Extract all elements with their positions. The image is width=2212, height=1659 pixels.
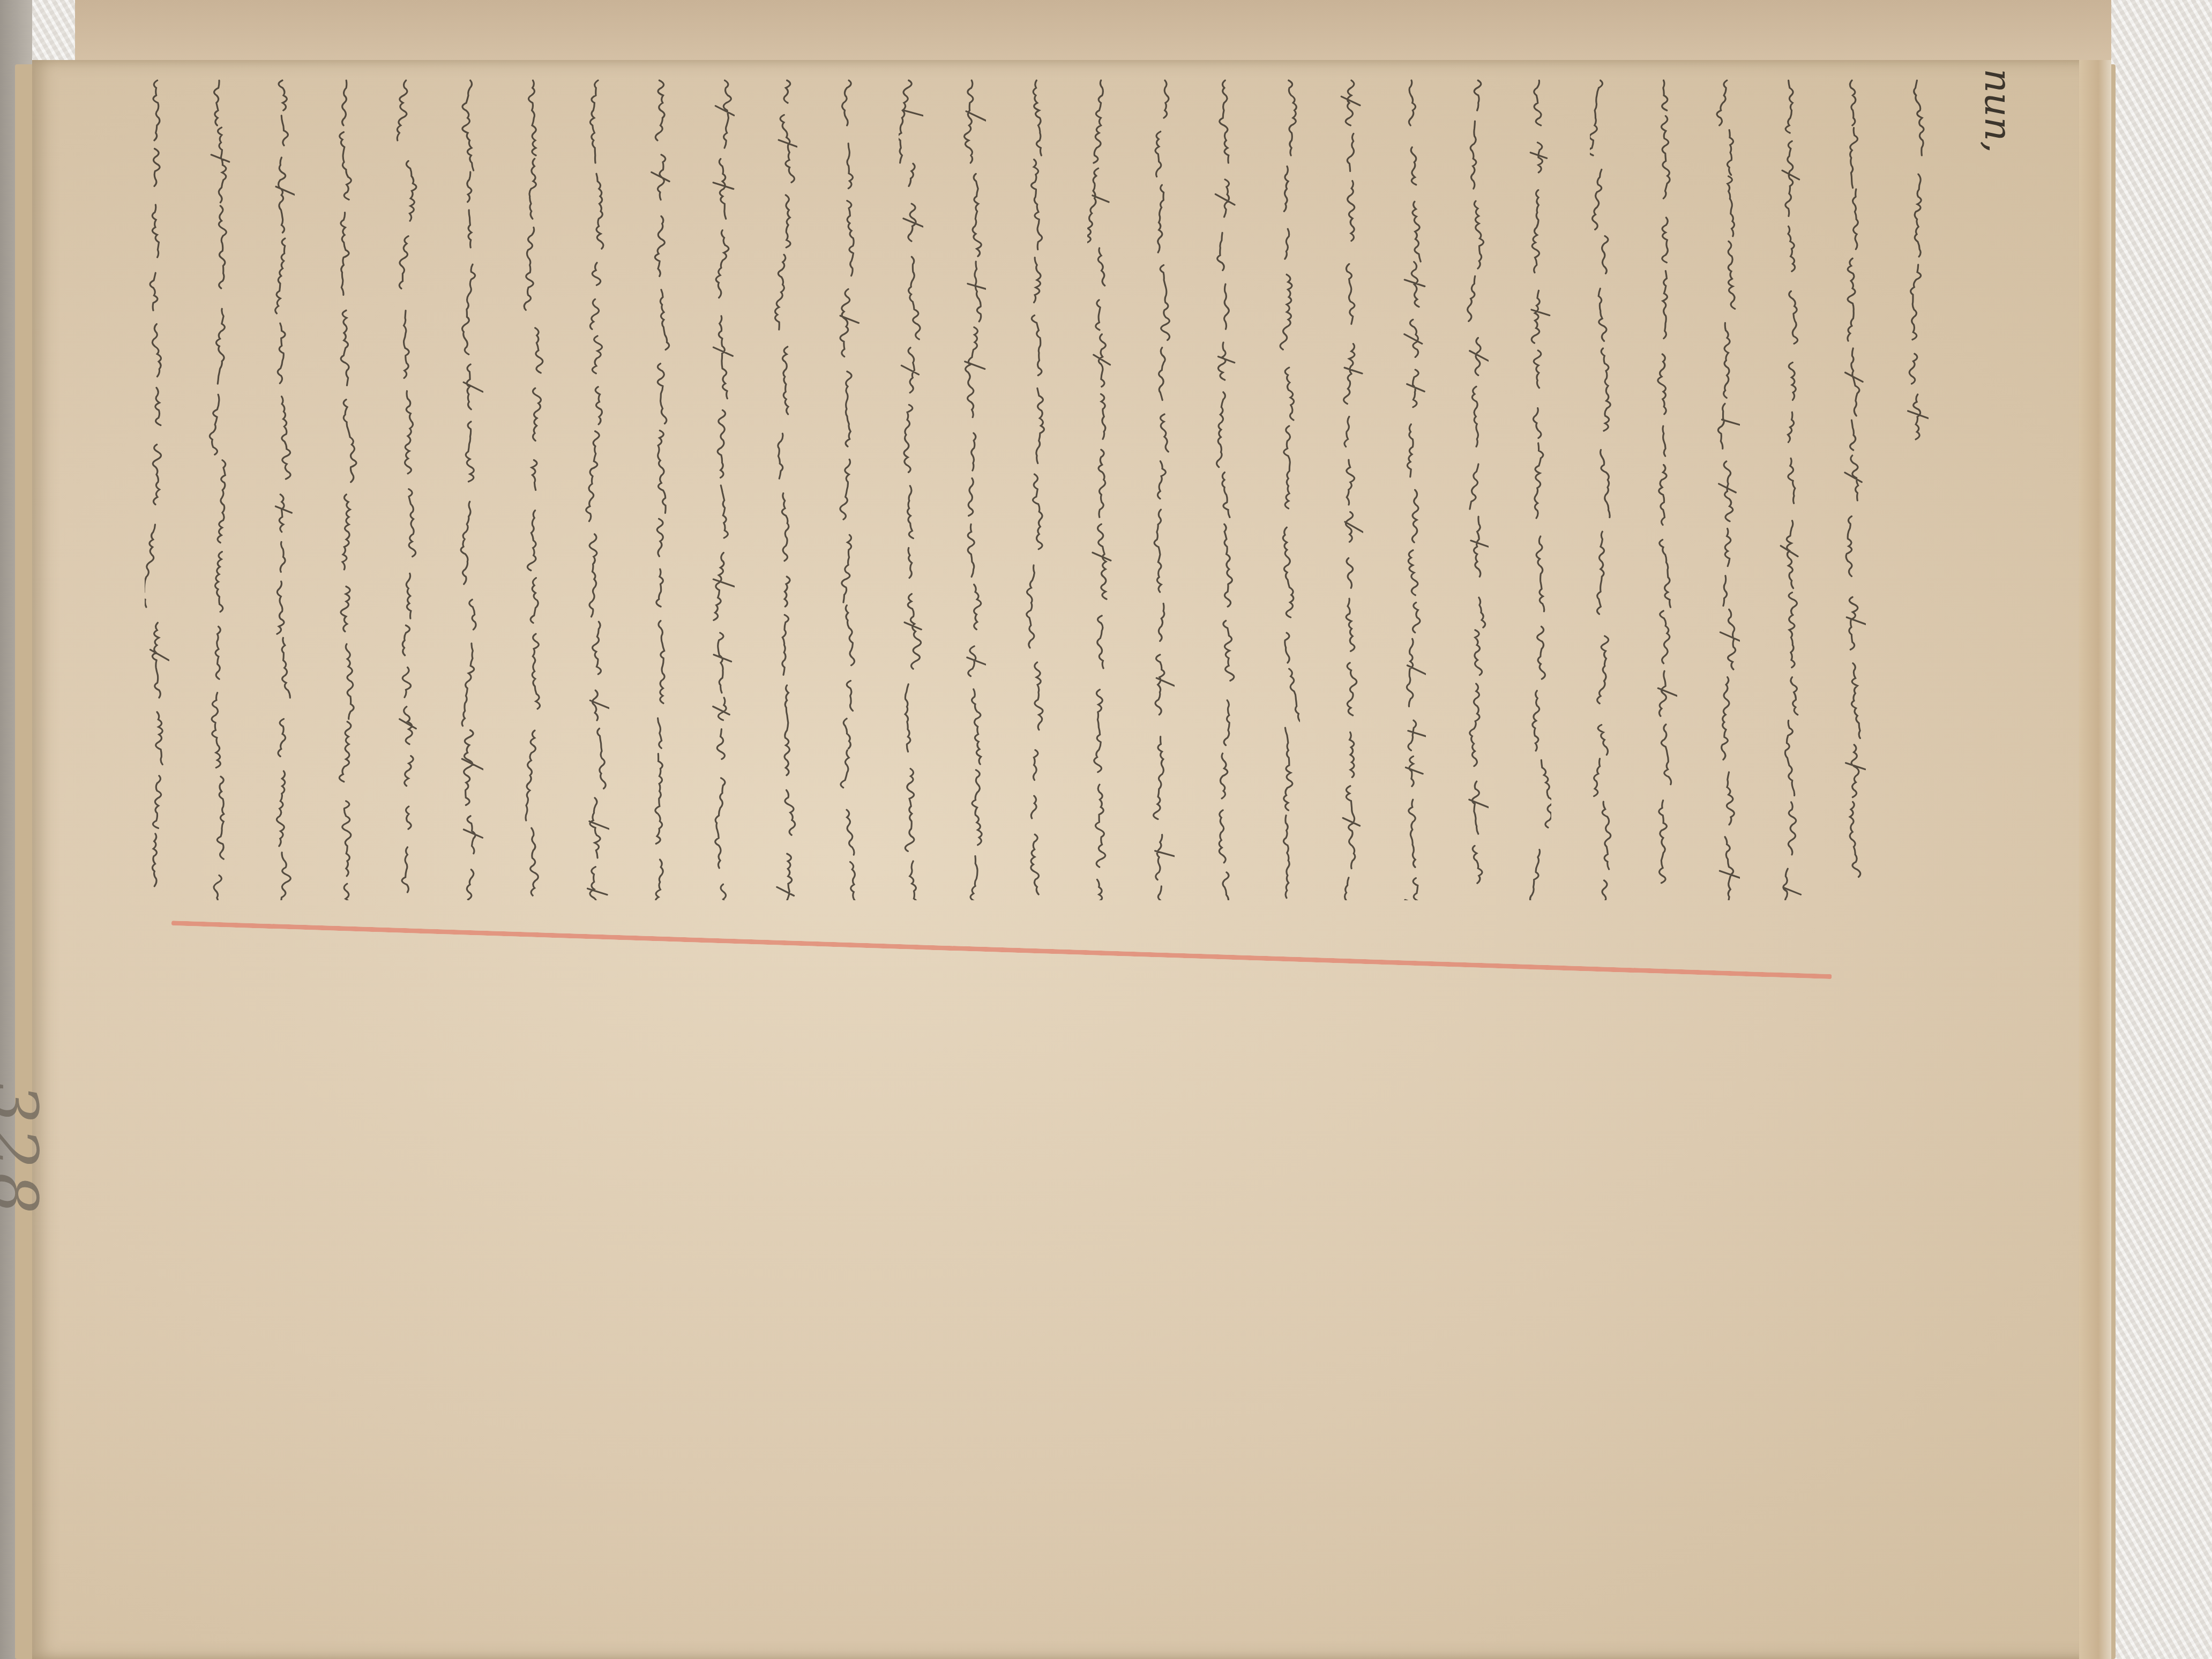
- handwritten-text-block: [145, 75, 1977, 900]
- handwritten-line: [1275, 75, 1300, 900]
- handwritten-line: [1590, 75, 1615, 900]
- handwritten-line: [396, 75, 421, 900]
- handwritten-line: [1213, 75, 1237, 900]
- facing-page-edge: [75, 0, 2111, 62]
- handwritten-line: [1150, 75, 1175, 900]
- closing-word: nun,: [1976, 69, 2020, 153]
- handwritten-line: [270, 75, 295, 900]
- handwritten-line: [1339, 75, 1363, 900]
- handwritten-line: [333, 75, 358, 900]
- handwritten-line: [1715, 75, 1740, 900]
- handwritten-line: [207, 75, 232, 900]
- handwritten-line: [521, 75, 546, 900]
- page-number: 328: [0, 1082, 51, 1218]
- handwritten-line: [585, 75, 609, 900]
- handwritten-line: [710, 75, 735, 900]
- handwritten-line: [1024, 75, 1049, 900]
- handwritten-line: [773, 75, 797, 900]
- handwritten-line: [836, 75, 861, 900]
- handwritten-line: [1087, 75, 1112, 900]
- page-fore-edge: [2079, 60, 2111, 1659]
- handwritten-line: [145, 75, 169, 900]
- handwritten-line: [961, 75, 986, 900]
- handwritten-line: [1527, 75, 1551, 900]
- handwritten-line: [1653, 75, 1677, 900]
- handwritten-line: [1904, 75, 1929, 900]
- handwritten-line: [1464, 75, 1489, 900]
- handwritten-line: [647, 75, 672, 900]
- handwritten-line: [1778, 75, 1803, 900]
- handwritten-line: [1401, 75, 1426, 900]
- handwritten-line: [899, 75, 923, 900]
- handwritten-line: [459, 75, 483, 900]
- handwritten-line: [1841, 75, 1866, 900]
